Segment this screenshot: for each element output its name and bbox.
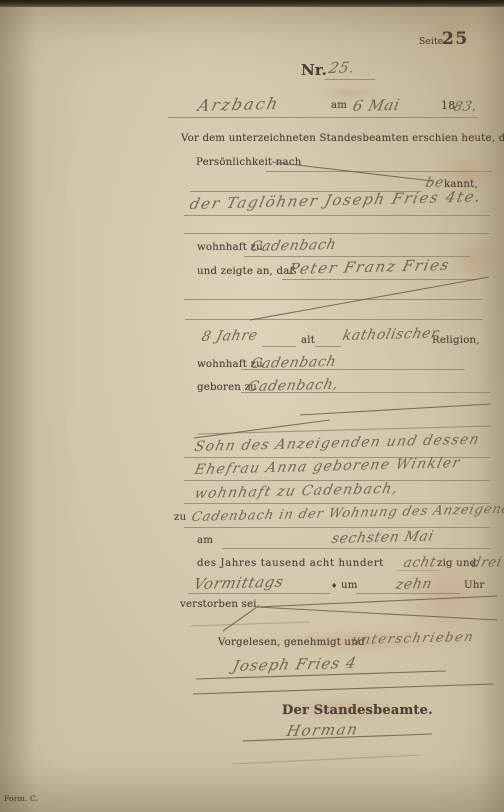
birthplace-entry: Cadenbach, bbox=[246, 377, 340, 395]
dateline-am-label: am bbox=[331, 100, 347, 111]
dateline-year: 83. bbox=[452, 98, 479, 115]
residence2-entry: Cadenbach bbox=[249, 354, 338, 372]
signature-declarant: Joseph Fries 4 bbox=[231, 654, 359, 675]
register-page: Seite 25 Nr. am 18 Vor dem unterzeichnet… bbox=[0, 0, 504, 812]
relation-line-1: Sohn des Anzeigenden und dessen bbox=[193, 432, 482, 455]
dateline-place: Arzbach bbox=[196, 94, 281, 115]
book-edge bbox=[0, 0, 504, 7]
signature-official: Horman bbox=[285, 720, 361, 740]
intro-line-2: Persönlichkeit nach bbox=[196, 157, 302, 168]
rule-line bbox=[356, 593, 460, 594]
year-printed-1: des Jahres tausend acht hundert bbox=[197, 558, 384, 569]
year-entry-2: drei bbox=[470, 554, 504, 571]
record-number-label: Nr. bbox=[301, 61, 327, 79]
rule-line bbox=[222, 548, 490, 549]
official-heading: Der Standesbeamte. bbox=[282, 703, 433, 718]
hour-entry: zehn bbox=[394, 576, 434, 593]
intro-line-1: Vor dem unterzeichneten Standesbeamten e… bbox=[181, 133, 504, 144]
age-entry: 8 Jahre bbox=[200, 328, 259, 345]
deathplace-zu-label: zu bbox=[174, 512, 186, 523]
uhr-label: Uhr bbox=[464, 580, 485, 591]
page-number-label: Seite bbox=[419, 37, 443, 47]
rule-line bbox=[325, 79, 375, 80]
report-label: und zeigte an, daß bbox=[197, 266, 297, 277]
rule-line bbox=[185, 319, 483, 320]
rule-line bbox=[184, 215, 490, 216]
age-alt-label: alt bbox=[301, 335, 315, 346]
rule-line bbox=[184, 527, 490, 528]
rule-line bbox=[188, 593, 330, 594]
um-label: um bbox=[341, 580, 358, 591]
year-entry-1: acht bbox=[402, 554, 438, 571]
daytime-entry: Vormittags bbox=[192, 573, 286, 593]
rule-line bbox=[262, 346, 296, 347]
rule-line bbox=[282, 279, 477, 280]
closing-label: Vorgelesen, genehmigt und bbox=[218, 637, 365, 648]
pen-strokes bbox=[0, 0, 504, 812]
rule-line bbox=[168, 117, 478, 118]
deathdate-am-label: am bbox=[197, 535, 213, 546]
died-label: verstorben sei. bbox=[180, 599, 260, 610]
deathplace-entry: Cadenbach in der Wohnung des Anzeigenden bbox=[190, 501, 504, 525]
page-number: 25 bbox=[442, 29, 469, 49]
religion-entry: katholischer bbox=[341, 326, 440, 344]
religion-label: Religion, bbox=[432, 335, 480, 346]
form-footer: Form. C. bbox=[4, 794, 38, 803]
dateline-day-month: 6 Mai bbox=[351, 96, 402, 115]
relation-line-2: Ehefrau Anna geborene Winkler bbox=[193, 455, 462, 478]
record-number-value: 25. bbox=[327, 58, 357, 77]
deathdate-entry: sechsten Mai bbox=[330, 528, 435, 547]
relation-line-3: wohnhaft zu Cadenbach, bbox=[193, 481, 400, 502]
rule-line bbox=[184, 480, 490, 481]
ink-bleed-stain bbox=[452, 238, 498, 280]
footnote-marker: ♦ bbox=[331, 582, 337, 590]
residence1-entry: Cadenbach bbox=[249, 237, 338, 255]
rule-line bbox=[184, 299, 482, 300]
rule-line bbox=[266, 171, 492, 172]
rule-line bbox=[184, 233, 490, 234]
deceased-entry: Peter Franz Fries bbox=[287, 256, 452, 278]
rule-line bbox=[315, 346, 341, 347]
